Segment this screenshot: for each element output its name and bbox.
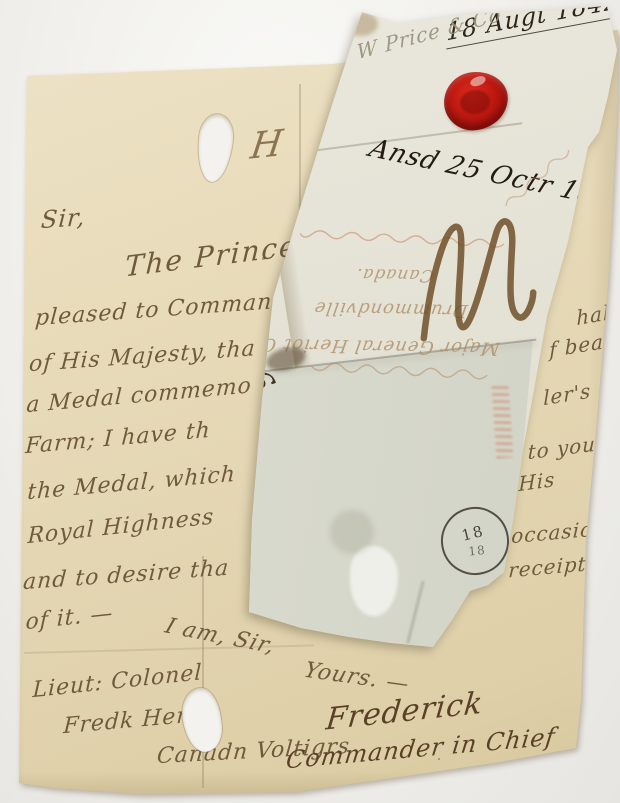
manuscript-rate-squiggle bbox=[396, 200, 543, 350]
wax-seal bbox=[441, 69, 511, 133]
postmark-bottom-text: 18 bbox=[468, 543, 487, 559]
cover-wrapper: 18 Augt 1842 W Price & Co Ansd 25 Octr 1… bbox=[0, 0, 620, 803]
wax-seal-chip bbox=[469, 74, 487, 88]
cover-corner-stain bbox=[344, 12, 378, 36]
flap-fold-shadow bbox=[406, 581, 424, 644]
flap-stain bbox=[330, 510, 374, 554]
folded-cover: 18 Augt 1842 W Price & Co Ansd 25 Octr 1… bbox=[0, 0, 620, 803]
wax-seal-impression bbox=[459, 89, 491, 116]
photograph-of-letter-and-cover: H Sir, The Prince pleased to Command, a … bbox=[0, 0, 620, 803]
postmark-top-text: 18 bbox=[460, 522, 487, 545]
faded-script-line bbox=[299, 355, 490, 384]
cover-lower-flap bbox=[0, 0, 620, 803]
flap-worn-patch bbox=[350, 546, 398, 616]
